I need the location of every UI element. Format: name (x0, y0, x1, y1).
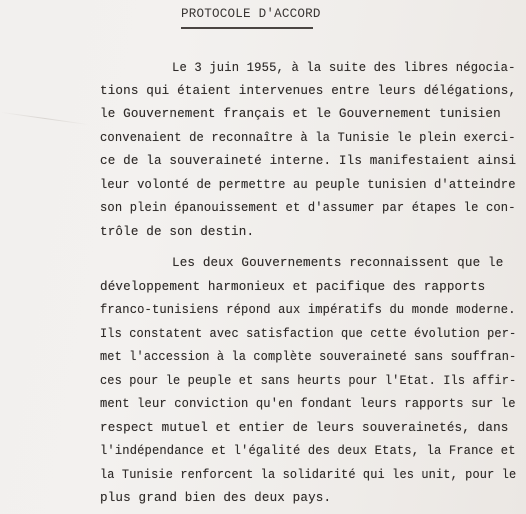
text-line: son plein épanouissement et d'assumer pa… (100, 200, 516, 216)
text-line: la Tunisie renforcent la solidarité qui … (100, 467, 516, 483)
text-line: le Gouvernement français et le Gouvernem… (100, 106, 501, 122)
document-title: PROTOCOLE D'ACCORD (181, 7, 321, 21)
text-line: tions qui étaient intervenues entre leur… (100, 83, 516, 99)
text-line: plus grand bien des deux pays. (100, 490, 331, 506)
text-line: ment leur conviction qu'en fondant leurs… (100, 396, 516, 412)
text-line: développement harmonieux et pacifique de… (100, 279, 485, 295)
paragraph-2: Les deux Gouvernements reconnaissent que… (0, 0, 31, 182)
text-line: ce de la souveraineté interne. Ils manif… (100, 153, 516, 169)
text-line: leur volonté de permettre au peuple tuni… (100, 177, 516, 193)
text-line: franco-tunisiens répond aux impératifs d… (100, 302, 516, 318)
text-line: l'indépendance et l'égalité des deux Eta… (100, 443, 516, 459)
text-line: Les deux Gouvernements reconnaissent que… (172, 255, 503, 271)
text-line: met l'accession à la complète souveraine… (100, 349, 516, 365)
text-line: ces pour le peuple et sans heurts pour l… (100, 373, 516, 389)
text-line: trôle de son destin. (100, 224, 254, 240)
title-underline (181, 27, 313, 29)
text-line: respect mutuel et entier de leurs souver… (100, 420, 509, 436)
text-line: convenaient de reconnaître à la Tunisie … (100, 130, 516, 146)
document-page: PROTOCOLE D'ACCORD Le 3 juin 1955, à la … (0, 0, 526, 514)
text-line: Le 3 juin 1955, à la suite des libres né… (172, 60, 516, 76)
text-line: Ils constatent avec satisfaction que cet… (100, 326, 516, 342)
